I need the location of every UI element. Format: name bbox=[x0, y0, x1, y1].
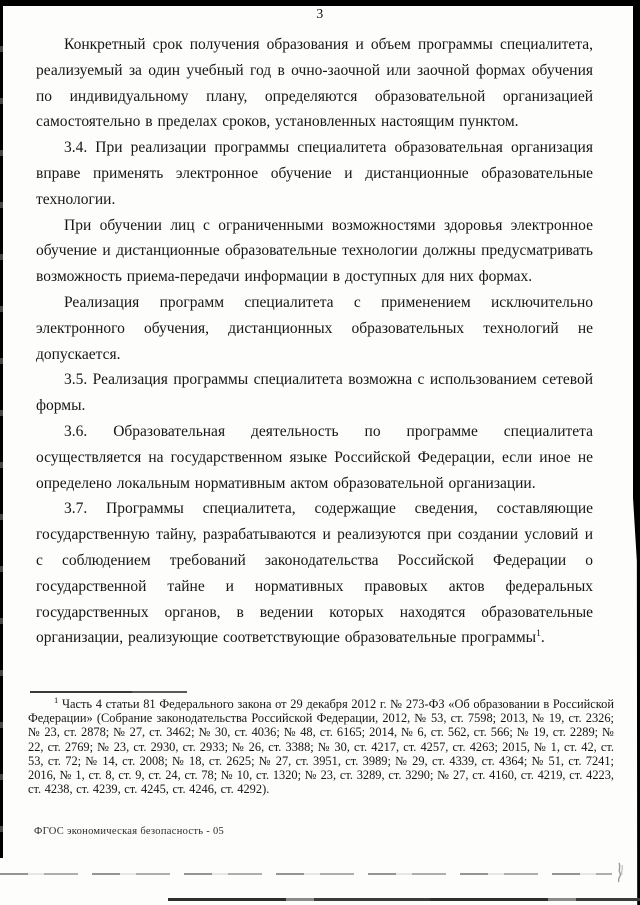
footnote-separator-line bbox=[30, 691, 187, 693]
footnote-marker: 1 bbox=[54, 695, 58, 705]
body-paragraph-text: 3.7. Программы специалитета, содержащие … bbox=[36, 500, 593, 646]
footnote: 1 Часть 4 статьи 81 Федерального закона … bbox=[28, 697, 614, 796]
pen-mark-squiggle bbox=[610, 860, 628, 886]
body-paragraph: Реализация программ специалитета с приме… bbox=[36, 290, 593, 367]
scan-artifact-line bbox=[0, 873, 612, 875]
page-number: 3 bbox=[0, 7, 640, 23]
document-code-label: ФГОС экономическая безопасность - 05 bbox=[34, 826, 224, 837]
document-body: Конкретный срок получения образования и … bbox=[36, 32, 593, 651]
body-paragraph: Конкретный срок получения образования и … bbox=[36, 32, 593, 135]
footnote-text: Часть 4 статьи 81 Федерального закона от… bbox=[28, 697, 614, 796]
body-paragraph: При обучении лиц с ограниченными возможн… bbox=[36, 213, 593, 290]
body-paragraph: 3.5. Реализация программы специалитета в… bbox=[36, 367, 593, 419]
scan-border-right bbox=[633, 0, 640, 905]
body-paragraph: 3.4. При реализации программы специалите… bbox=[36, 135, 593, 212]
body-paragraph: 3.7. Программы специалитета, содержащие … bbox=[36, 496, 593, 651]
pen-mark bbox=[610, 860, 628, 886]
scan-border-top bbox=[0, 0, 640, 6]
scan-border-left bbox=[0, 0, 3, 858]
body-paragraph-suffix: . bbox=[541, 629, 545, 646]
body-paragraph: 3.6. Образовательная деятельность по про… bbox=[36, 419, 593, 496]
scanned-document-page: 3 Конкретный срок получения образования … bbox=[0, 0, 640, 905]
scan-artifact-line-bottom bbox=[168, 898, 640, 901]
